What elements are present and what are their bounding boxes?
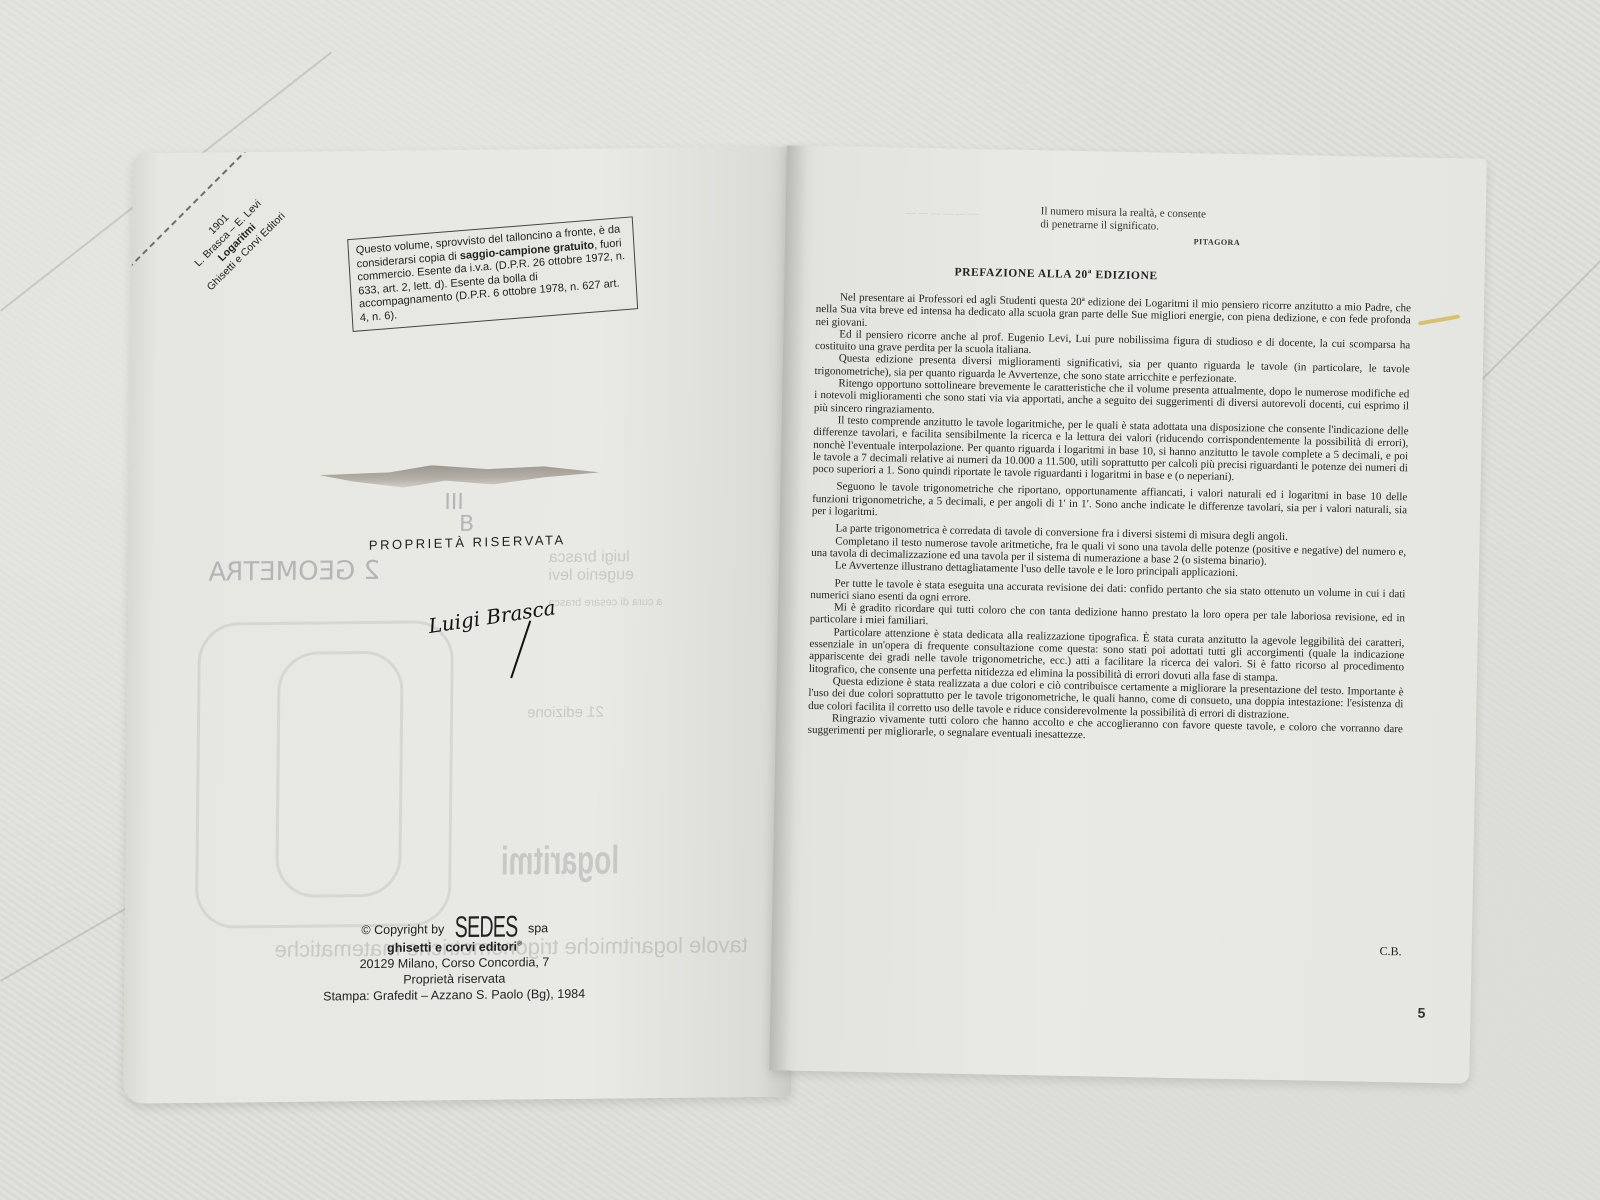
sample-copy-notice: Questo volume, sprovvisto del talloncino… [347,216,638,332]
paragraph: Seguono le tavole trigonometriche che ri… [812,480,1408,528]
show-through-text: logaritmi [501,838,620,884]
copyright-block: © Copyright by SEDES spa ghisetti e corv… [264,918,645,1005]
title-text: PREFAZIONE ALLA 20 [954,266,1087,281]
copyright-prefix: © Copyright by [361,922,444,937]
sedes-logo: SEDES [455,919,518,936]
epigraph-author: PITAGORA [1040,232,1240,249]
corner-stamp: 1901 L. Brasca – E. Levi Logaritmi Ghise… [172,177,294,299]
title-text: EDIZIONE [1092,269,1158,282]
reserved-heading: PROPRIETÀ RISERVATA [369,532,566,552]
show-through-logo [275,651,404,898]
show-through-text: eugenio levi [548,566,634,585]
show-through-text: 21 edizione [527,704,604,722]
registered-mark: ® [517,940,522,947]
show-through-text: luigi brasca [549,548,630,567]
left-page: 1901 L. Brasca – E. Levi Logaritmi Ghise… [123,146,801,1103]
epigraph: Il numero misura la realtà, e consente d… [1040,205,1241,249]
preface-body: Nel presentare ai Professori ed agli Stu… [808,291,1411,748]
towel-seam [0,900,140,982]
signature-stroke [510,620,531,678]
pencil-mark: B [459,512,474,537]
paragraph: Il testo comprende anzitutto le tavole l… [813,414,1409,487]
preface-signoff: C.B. [1379,944,1401,959]
show-through-text: a cura di cesare brasca [548,596,662,609]
author-signature: Luigi Brasca [427,595,557,638]
printing-info: Stampa: Grafedit – Azzano S. Paolo (Bg),… [264,985,644,1005]
right-page: — — — — — — Il numero misura la realtà, … [769,145,1487,1083]
show-through-text: — — — — — — [906,208,979,220]
preface-title: PREFAZIONE ALLA 20a EDIZIONE [954,265,1157,283]
page-number: 5 [1417,1005,1425,1021]
copyright-suffix: spa [528,921,548,935]
pencil-mark: 2 GEOMETRA [208,556,380,588]
torn-paper [319,464,599,489]
